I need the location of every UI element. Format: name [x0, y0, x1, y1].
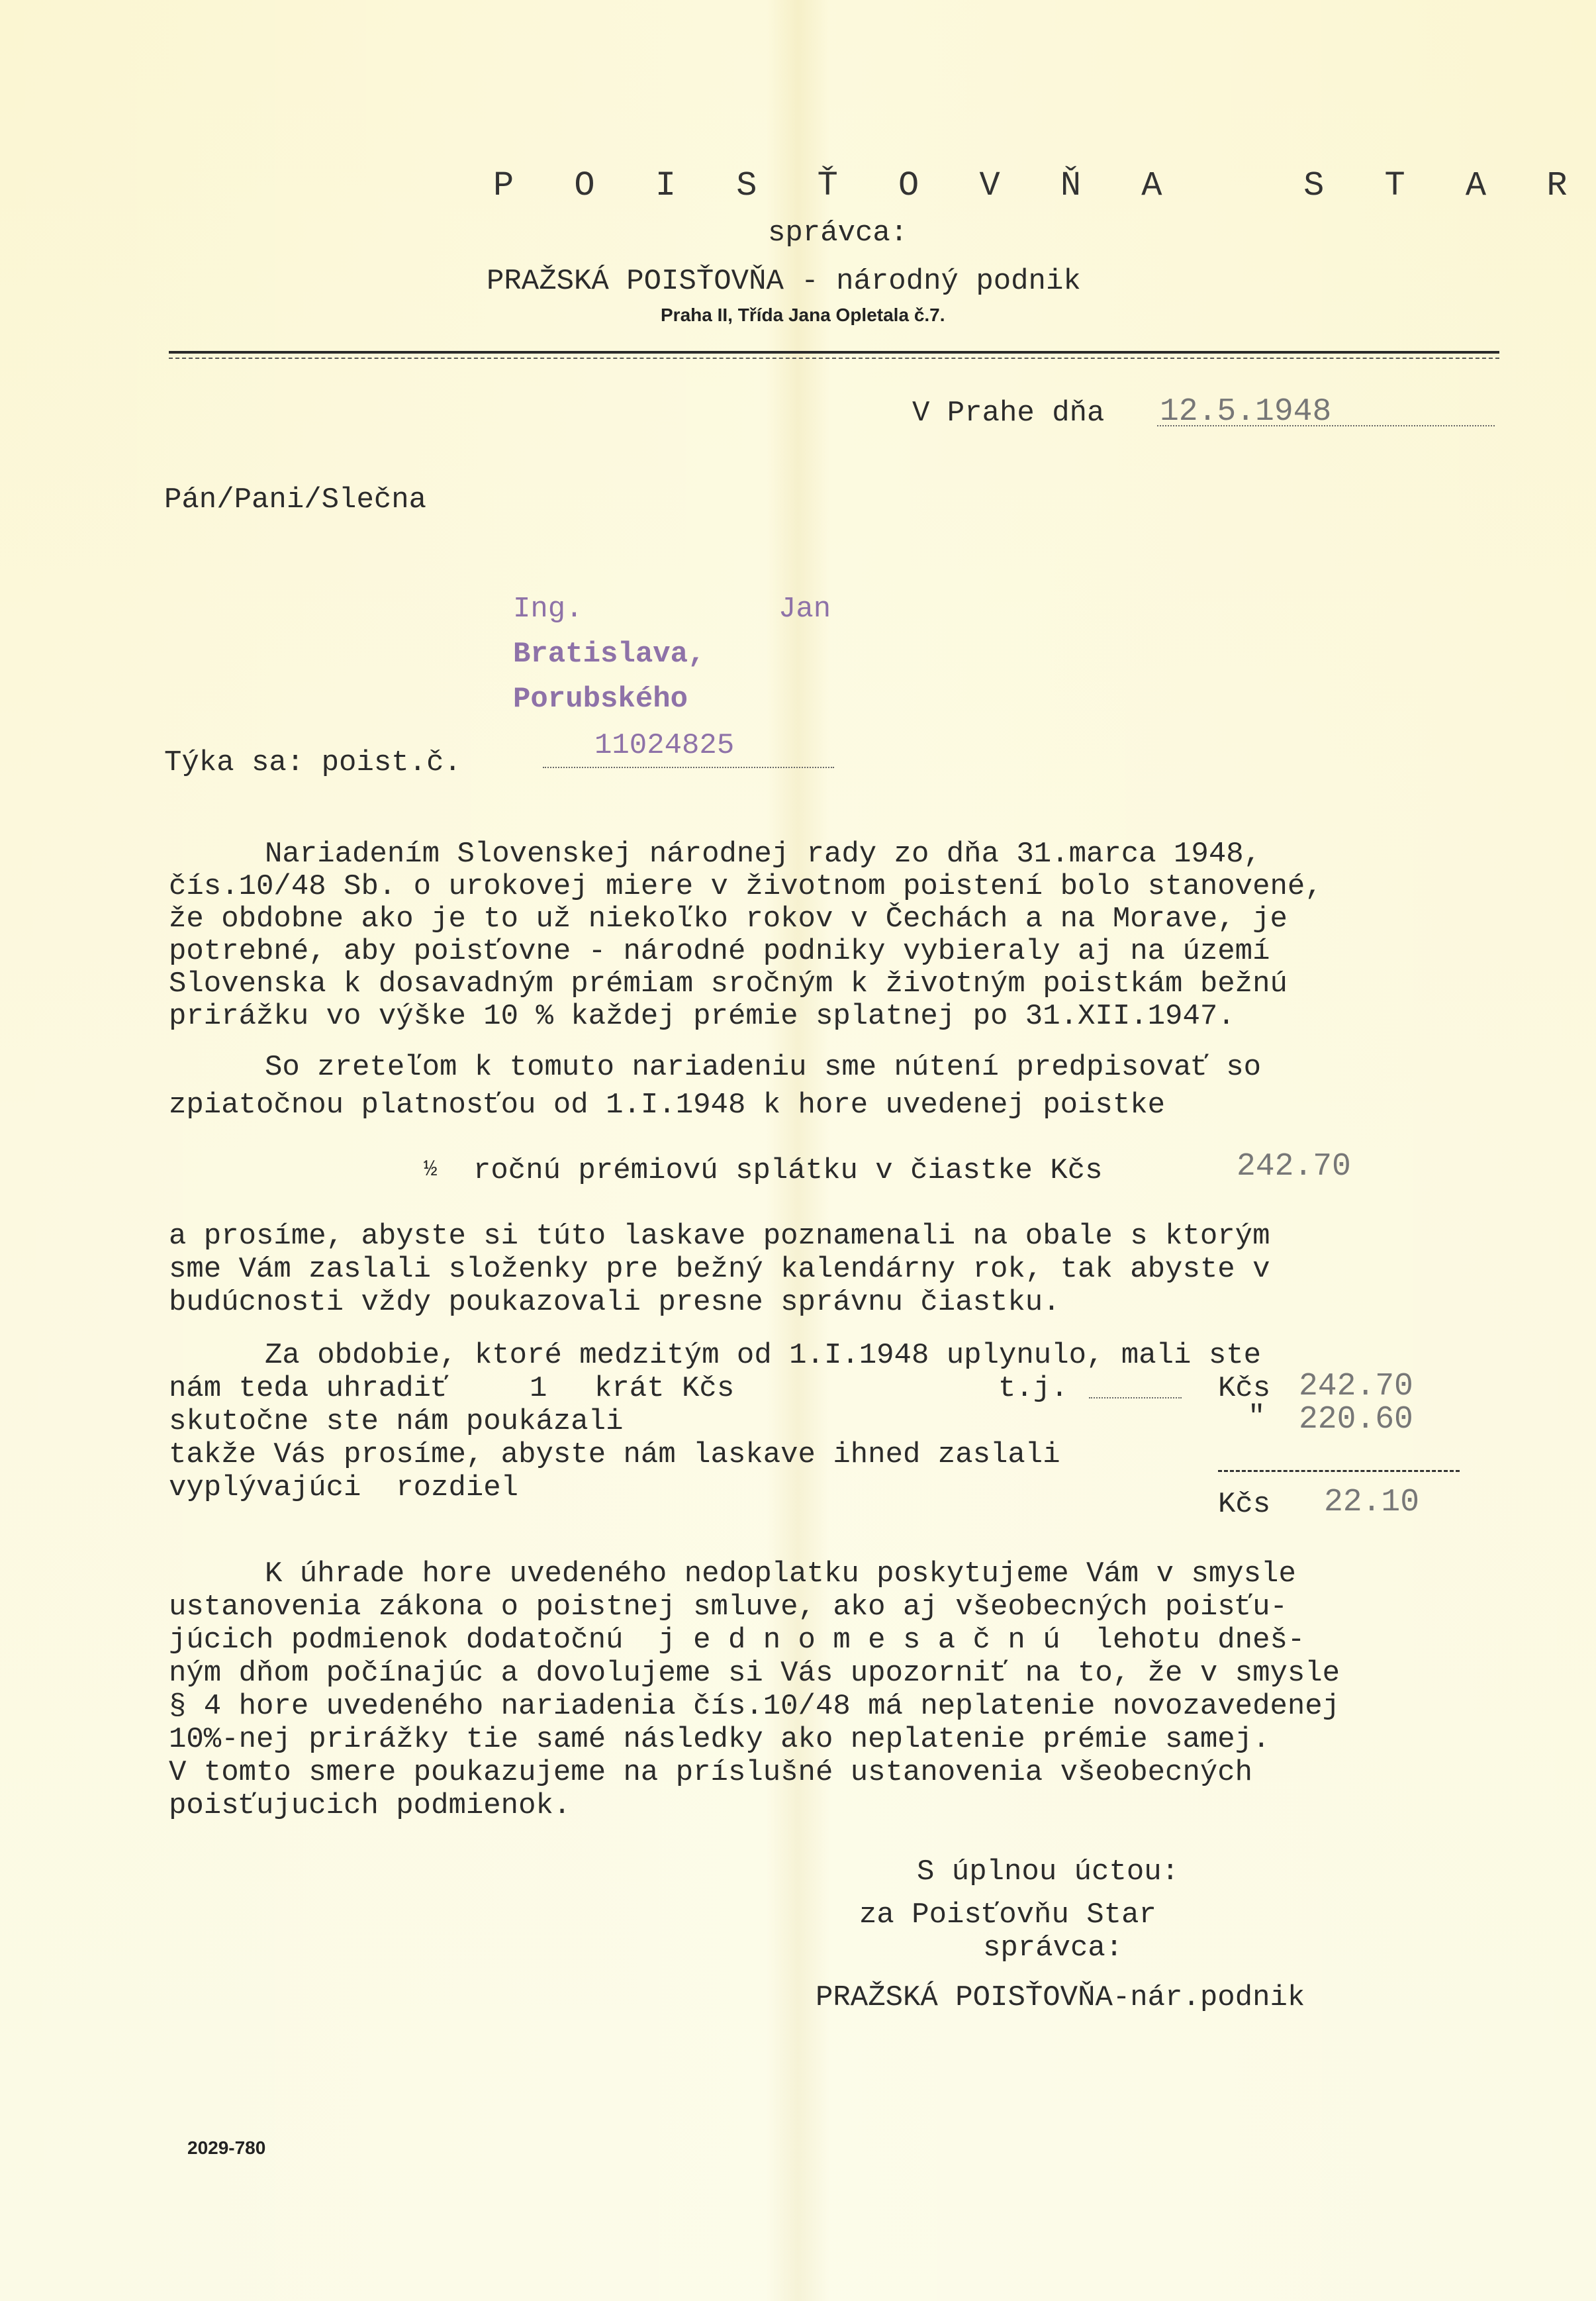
date-underline: [1157, 425, 1495, 426]
date-value: 12.5.1948: [1160, 396, 1331, 428]
paragraph-line: Slovenska k dosavadným prémiam sročným k…: [169, 969, 1288, 999]
policy-number: 11024825: [594, 731, 734, 760]
calc-due-tj: t.j.: [998, 1374, 1068, 1403]
calc-due-dots: [1089, 1397, 1182, 1398]
form-code: 2029-780: [187, 2139, 265, 2157]
paragraph-line: a prosíme, abyste si túto laskave poznam…: [169, 1222, 1270, 1251]
paragraph-line: ustanovenia zákona o poistnej smluve, ak…: [169, 1592, 1288, 1622]
calc-difference-label: vyplývajúci rozdiel: [169, 1473, 518, 1502]
recipient-street: Porubského: [513, 685, 688, 714]
company-address: Praha II, Třída Jana Opletala č.7.: [661, 306, 945, 324]
calc-due-text: nám teda uhradiť: [169, 1374, 448, 1403]
calc-due-amount: 242.70: [1299, 1371, 1413, 1402]
paragraph-line: že obdobne ako je to už niekoľko rokov v…: [169, 905, 1288, 934]
closing-administrator-name: PRAŽSKÁ POISŤOVŇA-nár.podnik: [816, 1983, 1305, 2012]
paragraph-line: Nariadením Slovenskej národnej rady zo d…: [265, 840, 1261, 869]
paragraph-line: zpiatočnou platnosťou od 1.I.1948 k hore…: [169, 1091, 1165, 1120]
installment-text: ročnú prémiovú splátku v čiastke Kčs: [473, 1156, 1103, 1185]
paragraph-line: júcich podmienok dodatočnú j e d n o m e…: [169, 1626, 1305, 1655]
paragraph-line: So zreteľom k tomuto nariadeniu sme núte…: [265, 1053, 1261, 1082]
paragraph-line: budúcnosti vždy poukazovali presne správ…: [169, 1288, 1060, 1317]
company-name: P O I S Ť O V Ň A S T A R: [493, 169, 1587, 203]
closing-administrator-label: správca:: [983, 1934, 1123, 1963]
calc-total-amount: 22.10: [1324, 1487, 1419, 1518]
recipient-title: Ing.: [513, 595, 583, 624]
closing-greeting: S úplnou úctou:: [917, 1857, 1179, 1886]
administrator-label: správca:: [768, 219, 908, 248]
calc-paid-ditto: ": [1248, 1402, 1265, 1432]
installment-amount: 242.70: [1237, 1151, 1351, 1183]
date-label: V Prahe dňa: [912, 399, 1104, 428]
administrator-name: PRAŽSKÁ POISŤOVŇA - národný podnik: [487, 267, 1081, 296]
recipient-city: Bratislava,: [513, 640, 705, 669]
paragraph-line: prirážku vo výške 10 % každej prémie spl…: [169, 1002, 1235, 1031]
paragraph-line: potrebné, aby poisťovne - národné podnik…: [169, 937, 1270, 966]
calc-due-currency: Kčs: [1218, 1374, 1270, 1403]
calc-paid-text: skutočne ste nám poukázali: [169, 1407, 624, 1436]
calc-due-unit: krát Kčs: [594, 1374, 734, 1403]
letterhead-rule: [169, 351, 1499, 354]
letterhead-rule-secondary: [169, 358, 1499, 359]
reference-label: Týka sa: poist.č.: [164, 748, 461, 777]
paragraph-line: V tomto smere poukazujeme na príslušné u…: [169, 1758, 1252, 1787]
salutation: Pán/Pani/Slečna: [164, 485, 426, 514]
paragraph-line: sme Vám zaslali složenky pre bežný kalen…: [169, 1255, 1270, 1284]
calc-sum-rule: [1218, 1470, 1460, 1472]
paragraph-line: ným dňom počínajúc a dovolujeme si Vás u…: [169, 1659, 1340, 1688]
calc-paid-amount: 220.60: [1299, 1404, 1413, 1436]
calc-due-count: 1: [530, 1374, 547, 1403]
fraction-half: ½: [424, 1160, 437, 1181]
recipient-name: Jan: [778, 595, 831, 624]
closing-company: za Poisťovňu Star: [859, 1900, 1156, 1930]
calc-line-intro: Za obdobie, ktoré medzitým od 1.I.1948 u…: [265, 1341, 1261, 1370]
calc-request-text: takže Vás prosíme, abyste nám laskave ih…: [169, 1440, 1060, 1469]
paragraph-line: poisťujucich podmienok.: [169, 1791, 571, 1820]
calc-total-currency: Kčs: [1218, 1490, 1270, 1519]
policy-number-underline: [543, 767, 834, 768]
paragraph-line: čís.10/48 Sb. o urokovej miere v životno…: [169, 872, 1323, 901]
paragraph-line: § 4 hore uvedeného nariadenia čís.10/48 …: [169, 1692, 1340, 1721]
paragraph-line: 10%-nej prirážky tie samé následky ako n…: [169, 1725, 1270, 1754]
paragraph-line: K úhrade hore uvedeného nedoplatku posky…: [265, 1559, 1296, 1589]
